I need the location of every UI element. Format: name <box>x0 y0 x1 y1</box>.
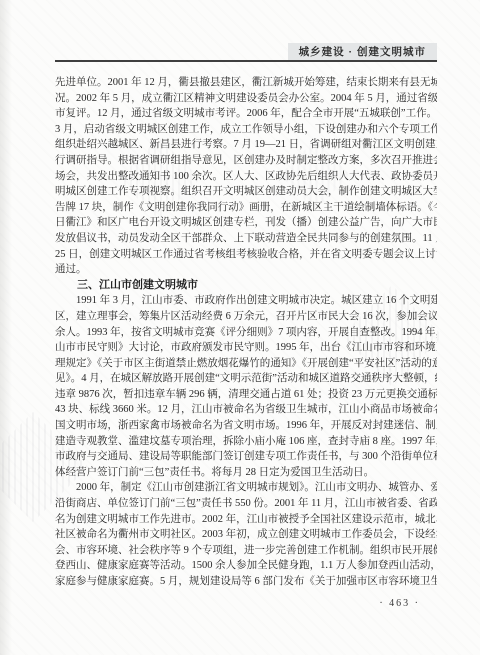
text-line: 家庭参与健康家庭赛。5 月，规划建设局等 6 部门发布《关于加强市区市容环境卫生… <box>55 574 437 590</box>
text-line: 发放倡议书，动员发动全区干部群众、上下联动营造全民共同参与的创建氛围。11 月 <box>55 231 437 247</box>
text-line: 日衢江》和区广电台开设文明城区创建专栏，刊发（播）创建公益广告，向广大市民 <box>55 215 437 231</box>
header-rule <box>55 60 437 62</box>
section-heading: 三、江山市创建文明城市 <box>55 278 437 294</box>
text-line: 名为创建文明城市工作先进市。2002 年，江山市被授予全国社区建设示范市，城北、… <box>55 512 437 528</box>
text-line: 明城区创建工作专项视察。组织召开文明城区创建动员大会，制作创建文明城区大型广 <box>55 184 437 200</box>
page-number: · 463 · <box>379 598 420 609</box>
text-line: 3 月，启动省级文明城区创建工作，成立工作领导小组，下设创建办和六个专项工作组， <box>55 122 437 138</box>
text-line: 2000 年，制定《江山市创建浙江省文明城市规划》。江山市文明办、城管办、爱卫办… <box>55 480 437 496</box>
text-line: 国文明市场，浙西家禽市场被命名为省文明市场。1996 年，开展反对封建迷信、制止… <box>55 418 437 434</box>
text-line: 43 块、标线 3660 米。12 月，江山市被命名为省级卫生城市，江山小商品市… <box>55 402 437 418</box>
text-line: 行调研指导。根据省调研组指导意见，区创建办及时制定整改方案，多次召开推进会、现 <box>55 153 437 169</box>
text-line: 先进单位。2001 年 12 月，衢县撤县建区，衢江新城开始筹建，结束长期来有县… <box>55 75 437 91</box>
text-line: 况。2002 年 5 月，成立衢江区精神文明建设委员会办公室。2004 年 5 … <box>55 91 437 107</box>
text-line: 区，建立理事会，筹集片区活动经费 6 万余元，召开片区市民大会 16 次，参加会… <box>55 309 437 325</box>
text-line: 通过。 <box>55 262 437 278</box>
text-line: 见》。4 月，在城区解放路开展创建“文明示范街”活动和城区道路交通秩序大整顿，纠… <box>55 371 437 387</box>
paragraph-jiangshan-1991-1997: 1991 年 3 月，江山市委、市政府作出创建文明城市决定。城区建立 16 个文… <box>55 293 437 480</box>
text-line: 市复评。12 月，通过省级文明城市考评。2006 年，配合全市开展“五城联创”工… <box>55 106 437 122</box>
text-line: 市政府与交通局、建设局等职能部门签订创建专项工作责任书，与 300 个沿街单位和… <box>55 449 437 465</box>
scanned-book-page: 城乡建设 · 创建文明城市 先进单位。2001 年 12 月，衢县撤县建区，衢江… <box>0 0 480 655</box>
text-line: 沿街商店、单位签订门前“三包”责任书 550 份。2001 年 11 月，江山市… <box>55 496 437 512</box>
text-line: 组织赴绍兴越城区、新昌县进行考察。7 月 19—21 日，省调研组对衢江区文明创… <box>55 137 437 153</box>
text-line: 理规定》《关于市区主街道禁止燃放烟花爆竹的通知》《开展创建“平安社区”活动的意 <box>55 356 437 372</box>
text-line: 会、市容环境、社会秩序等 9 个专项组，进一步完善创建工作机制。组织市民开展健身… <box>55 543 437 559</box>
text-line: 1991 年 3 月，江山市委、市政府作出创建文明城市决定。城区建立 16 个文… <box>55 293 437 309</box>
paragraph-jiangshan-2000-2003: 2000 年，制定《江山市创建浙江省文明城市规划》。江山市文明办、城管办、爱卫办… <box>55 480 437 589</box>
paragraph-qujiang-civilized-district: 先进单位。2001 年 12 月，衢县撤县建区，衢江新城开始筹建，结束长期来有县… <box>55 75 437 278</box>
text-line: 25 日，创建文明城区工作通过省考核组考核验收合格，并在省文明委专题会议上讨论 <box>55 247 437 263</box>
text-line: 社区被命名为衢州市文明社区。2003 年初，成立创建文明城市工作委员会，下设经济… <box>55 527 437 543</box>
text-line: 违章 9876 次，暂扣违章车辆 296 辆，清理交通占道 61 处；投资 23… <box>55 387 437 403</box>
text-line: 建造寺观教堂、滥建坟墓专项治理，拆除小庙小庵 106 座，查封寺庙 8 座。19… <box>55 434 437 450</box>
text-line: 告牌 17 块，制作《文明创建你我同行动》画册，在新城区主干道绘制墙体标语。《今 <box>55 200 437 216</box>
text-line: 余人。1993 年，按省文明城市竞赛《评分细则》7 项内容，开展自查整改。199… <box>55 325 437 341</box>
text-line: 登西山、健康家庭赛等活动。1500 余人参加全民健身跑，1.1 万人参加登西山活… <box>55 558 437 574</box>
text-line: 场会，共发出整改通知书 100 余次。区人大、区政协先后组织人大代表、政协委员开… <box>55 169 437 185</box>
text-line: 山市市民守则》大讨论，市政府颁发市民守则。1995 年，出台《江山市市容和环境卫… <box>55 340 437 356</box>
page-content: 先进单位。2001 年 12 月，衢县撤县建区，衢江新城开始筹建，结束长期来有县… <box>55 75 437 590</box>
text-line: 体经营户签订门前“三包”责任书。将每月 28 日定为爱国卫生活动日。 <box>55 465 437 481</box>
